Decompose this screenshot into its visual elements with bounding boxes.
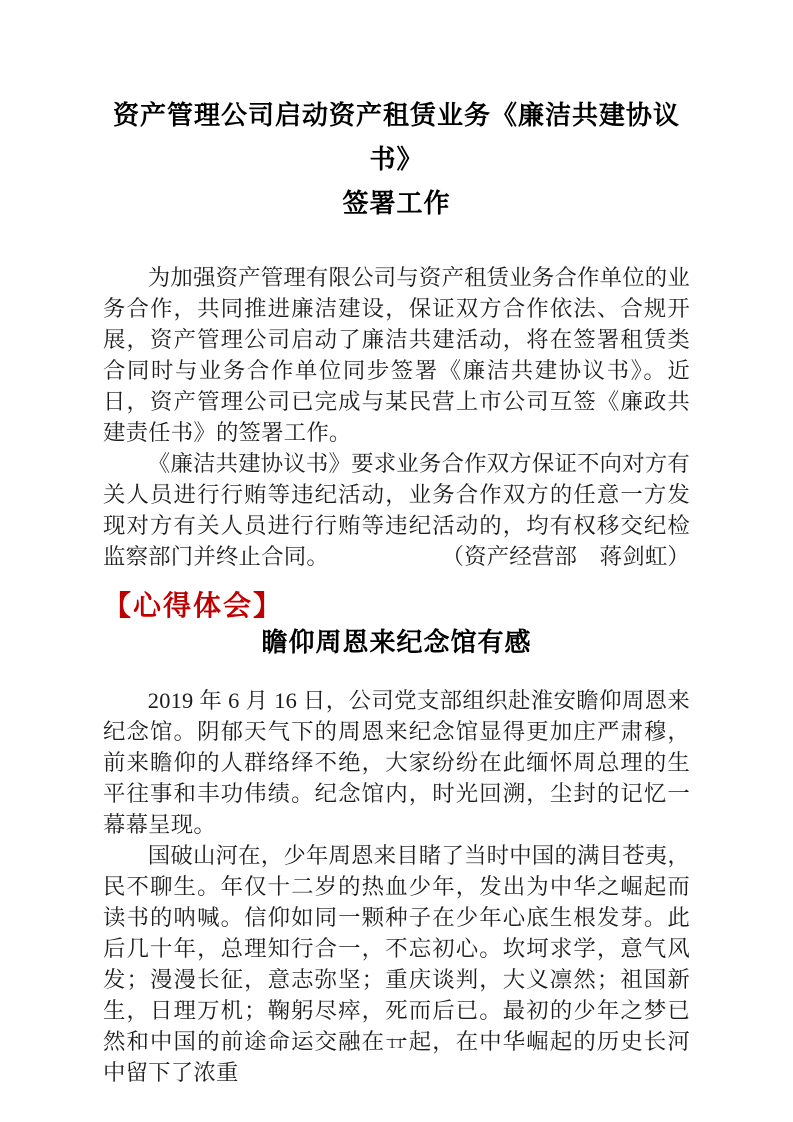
section-tag: 【心得体会】: [103, 589, 690, 625]
article-paragraph: 《廉洁共建协议书》要求业务合作双方保证不向对方有关人员进行行贿等违纪活动，业务合…: [103, 448, 690, 572]
article-paragraph: 为加强资产管理有限公司与资产租赁业务合作单位的业务合作，共同推进廉洁建设，保证双…: [103, 262, 690, 448]
document-page: 资产管理公司启动资产租赁业务《廉洁共建协议书》 签署工作 为加强资产管理有限公司…: [0, 0, 793, 1122]
article-body: 为加强资产管理有限公司与资产租赁业务合作单位的业务合作，共同推进廉洁建设，保证双…: [103, 262, 690, 572]
essay-paragraph: 2019 年 6 月 16 日，公司党支部组织赴淮安瞻仰周恩来纪念馆。阴郁天气下…: [103, 685, 690, 840]
article-title: 资产管理公司启动资产租赁业务《廉洁共建协议书》 签署工作: [103, 94, 690, 226]
essay-title: 瞻仰周恩来纪念馆有感: [103, 625, 690, 661]
page-number: 11: [0, 1036, 793, 1053]
essay-body: 2019 年 6 月 16 日，公司党支部组织赴淮安瞻仰周恩来纪念馆。阴郁天气下…: [103, 685, 690, 1088]
attribution: （资产经营部 蒋剑虹）: [442, 541, 691, 572]
